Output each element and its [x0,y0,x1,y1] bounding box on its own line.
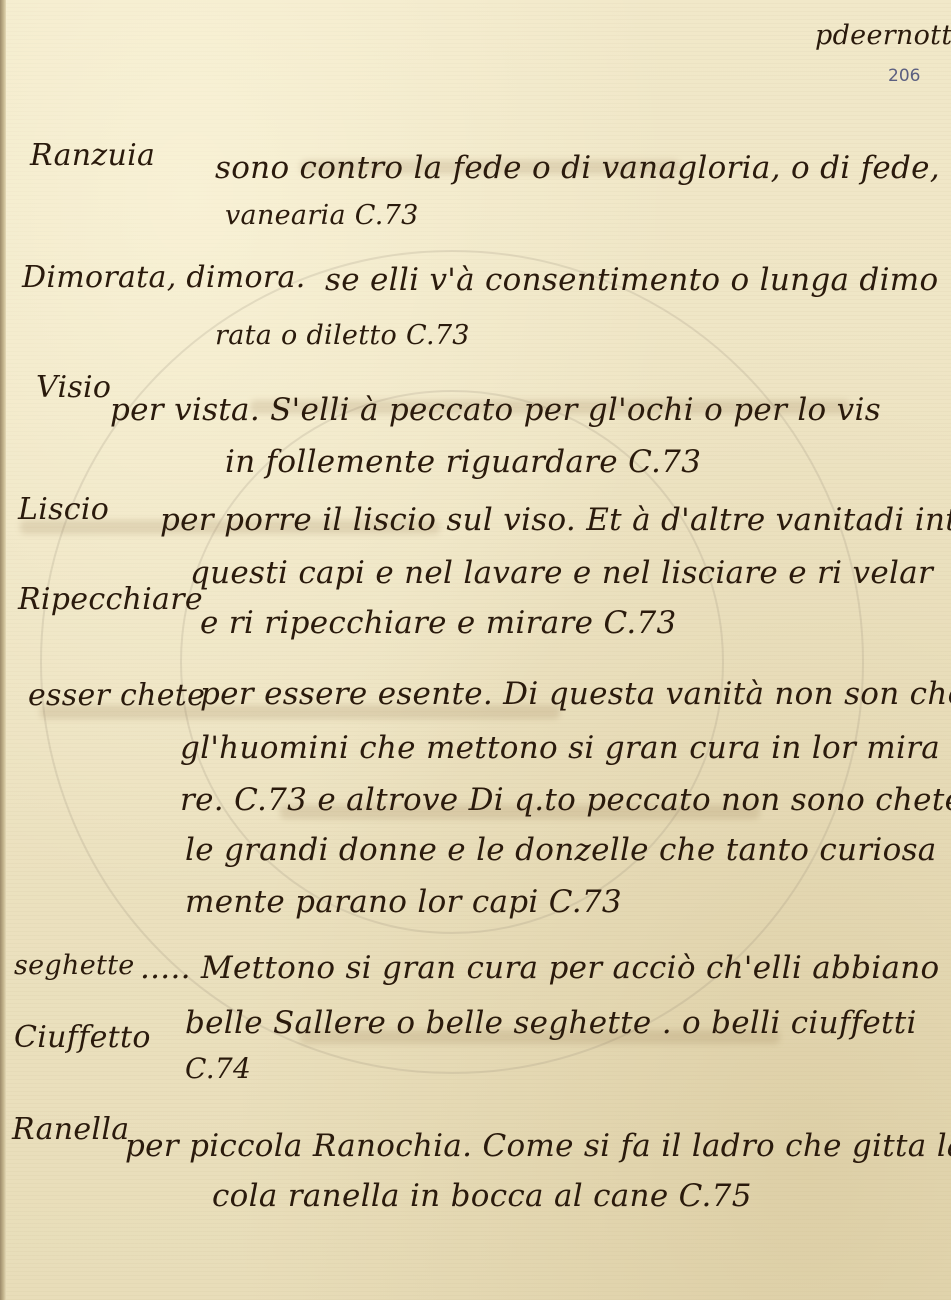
entry-text-line: per vista. S'elli à peccato per gl'ochi … [110,392,881,428]
entry-text-line: gl'huomini che mettono si gran cura in l… [180,730,940,766]
headword: seghette [14,950,135,981]
entry-text-line: questi capi e nel lavare e nel lisciare … [190,555,933,591]
entry-text-line: se elli v'à consentimento o lunga dimo [325,262,938,298]
entry-text-line: sono contro la fede o di vanagloria, o d… [215,150,951,186]
entry-text-line: ..... Mettono si gran cura per acciò ch'… [140,950,940,986]
folio-number: 206 [888,66,920,86]
entry-text-line: rata o diletto C.73 [215,320,470,351]
entry-text-line: vanearia C.73 [225,200,419,231]
running-title: pdeernotte [815,20,951,51]
headword: Ciuffetto [14,1020,151,1055]
entry-text-line: le grandi donne e le donzelle che tanto … [185,832,937,868]
entry-text-line: C.74 [185,1052,251,1085]
entry-text-line: per porre il liscio sul viso. Et à d'alt… [160,502,951,538]
entry-text-line: in follemente riguardare C.73 [225,444,701,480]
manuscript-page: pdeernotte 206 Ranzuia sono contro la fe… [0,0,951,1300]
page-binding-edge [0,0,6,1300]
entry-text-line: e ri ripecchiare e mirare C.73 [200,605,677,641]
entry-text-line: per piccola Ranochia. Come si fa il ladr… [125,1128,951,1164]
entry-text-line: belle Sallere o belle seghette . o belli… [185,1005,917,1041]
entry-text-line: re. C.73 e altrove Di q.to peccato non s… [180,782,951,818]
headword: Ranzuia [30,138,155,173]
headword: esser chete [28,678,205,713]
headword: Liscio [18,492,109,527]
entry-text-line: mente parano lor capi C.73 [185,884,622,920]
headword: Ranella [12,1112,129,1147]
entry-text-line: per essere esente. Di questa vanità non … [200,676,951,712]
entry-text-line: cola ranella in bocca al cane C.75 [212,1178,752,1214]
headword: Ripecchiare [18,582,203,617]
headword: Visio [36,370,111,405]
headword: Dimorata, dimora. [22,260,306,295]
